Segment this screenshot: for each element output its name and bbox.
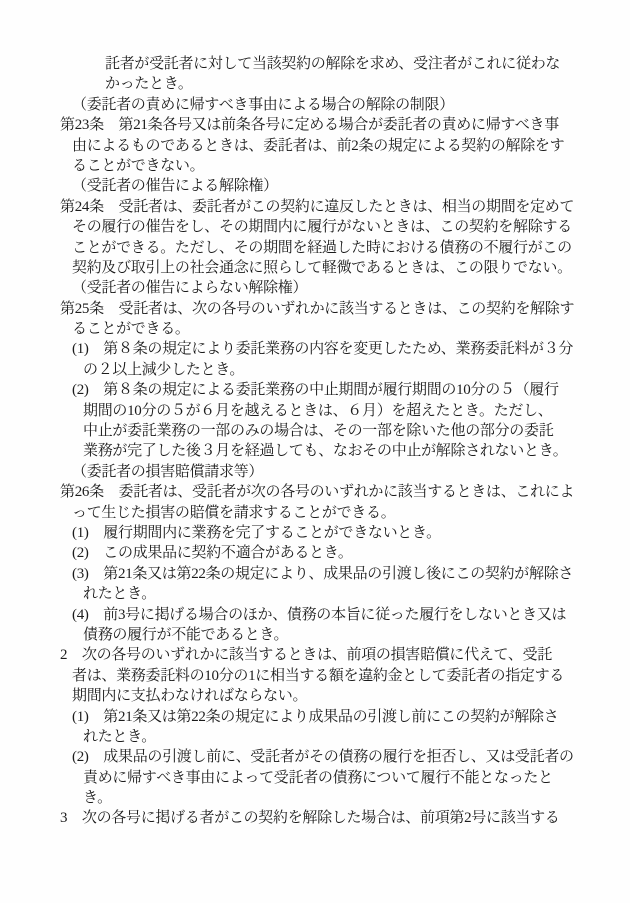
text-line: ることができない。 <box>72 156 580 176</box>
text-line: (4) 前3号に掲げる場合のほか、債務の本旨に従った履行をしないとき又は <box>72 605 580 625</box>
text-line: 中止が委託業務の一部のみの場合は、その一部を除いた他の部分の委託 <box>83 421 580 441</box>
text-line: 第23条 第21条各号又は前条各号に定める場合が委託者の責めに帰すべき事 <box>60 115 580 135</box>
text-line: 契約及び取引上の社会通念に照らして軽微であるときは、この限りでない。 <box>72 258 580 278</box>
text-line: (1) 履行期間内に業務を完了することができないとき。 <box>72 523 580 543</box>
text-line: その履行の催告をし、その期間内に履行がないときは、この契約を解除する <box>72 217 580 237</box>
text-line: 債務の履行が不能であるとき。 <box>83 625 580 645</box>
text-line: 期間の10分の５が６月を越えるときは、６月）を超えたとき。ただし、 <box>83 401 580 421</box>
text-line: (2) 成果品の引渡し前に、受託者がその債務の履行を拒否し、又は受託者の <box>72 747 580 767</box>
document-page: 託者が受託者に対して当該契約の解除を求め、受注者がこれに従わなかったとき。（委託… <box>0 0 630 903</box>
text-line: （受託者の催告による解除権） <box>72 176 580 196</box>
text-line: 由によるものであるときは、委託者は、前2条の規定による契約の解除をす <box>72 136 580 156</box>
text-line: ることができる。 <box>72 319 580 339</box>
text-line: 第25条 受託者は、次の各号のいずれかに該当するときは、この契約を解除す <box>60 299 580 319</box>
text-line: （委託者の損害賠償請求等） <box>72 462 580 482</box>
text-line: の２以上減少したとき。 <box>83 360 580 380</box>
text-line: (2) 第８条の規定による委託業務の中止期間が履行期間の10分の５（履行 <box>72 380 580 400</box>
text-line: 期間内に支払わなければならない。 <box>72 686 580 706</box>
text-line: 2 次の各号のいずれかに該当するときは、前項の損害賠償に代えて、受託 <box>60 645 580 665</box>
text-line: 業務が完了した後３月を経過しても、なおその中止が解除されないとき。 <box>83 441 580 461</box>
text-line: 3 次の各号に掲げる者がこの契約を解除した場合は、前項第2号に該当する <box>60 808 580 828</box>
text-line: れたとき。 <box>83 584 580 604</box>
text-line: (1) 第21条又は第22条の規定により成果品の引渡し前にこの契約が解除さ <box>72 707 580 727</box>
text-line: き。 <box>83 788 580 808</box>
text-line: 託者が受託者に対して当該契約の解除を求め、受注者がこれに従わな <box>105 54 580 74</box>
document-text-block: 託者が受託者に対して当該契約の解除を求め、受注者がこれに従わなかったとき。（委託… <box>60 54 580 829</box>
text-line: ことができる。ただし、その期間を経過した時における債務の不履行がこの <box>72 238 580 258</box>
text-line: 者は、業務委託料の10分の1に相当する額を違約金として委託者の指定する <box>72 666 580 686</box>
text-line: 第26条 委託者は、受託者が次の各号のいずれかに該当するときは、これによ <box>60 482 580 502</box>
text-line: (1) 第８条の規定により委託業務の内容を変更したため、業務委託料が３分 <box>72 339 580 359</box>
text-line: 責めに帰すべき事由によって受託者の債務について履行不能となったと <box>83 768 580 788</box>
text-line: かったとき。 <box>105 74 580 94</box>
text-line: （委託者の責めに帰すべき事由による場合の解除の制限） <box>72 95 580 115</box>
text-line: 第24条 受託者は、委託者がこの契約に違反したときは、相当の期間を定めて <box>60 197 580 217</box>
text-line: れたとき。 <box>83 727 580 747</box>
text-line: (2) この成果品に契約不適合があるとき。 <box>72 543 580 563</box>
text-line: （受託者の催告によらない解除権） <box>72 278 580 298</box>
text-line: って生じた損害の賠償を請求することができる。 <box>72 503 580 523</box>
text-line: (3) 第21条又は第22条の規定により、成果品の引渡し後にこの契約が解除さ <box>72 564 580 584</box>
